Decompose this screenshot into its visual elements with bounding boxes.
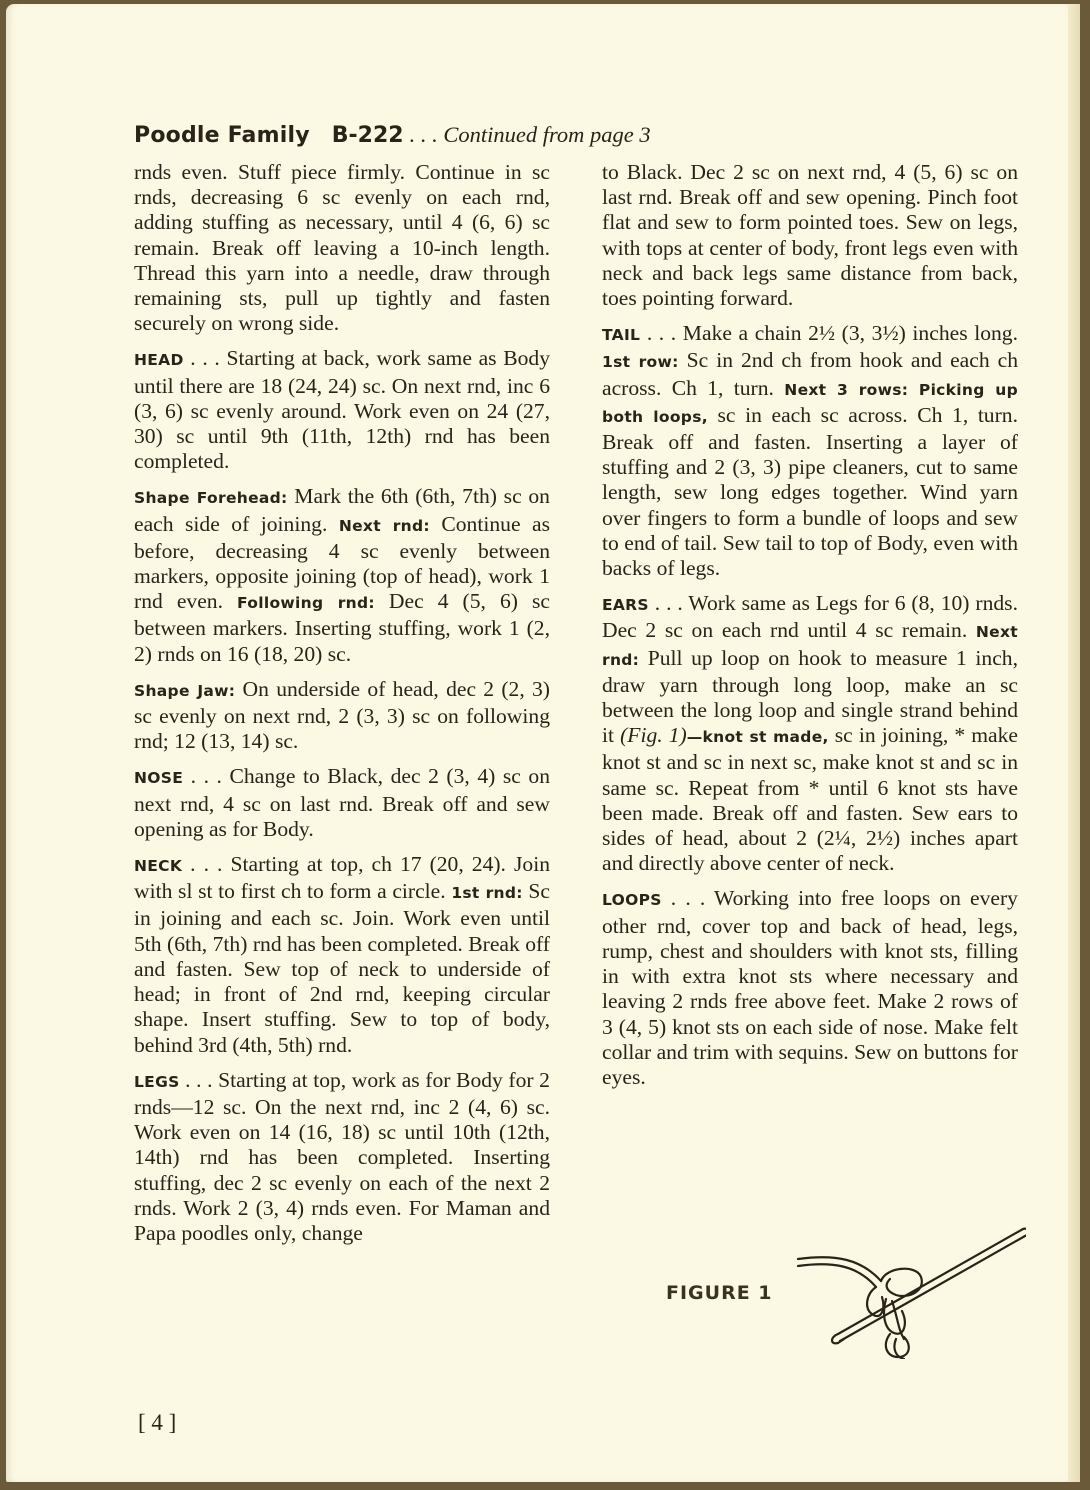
section-label: EARS xyxy=(602,596,649,614)
section-label: NOSE xyxy=(134,769,183,787)
page-edge xyxy=(1068,4,1080,1482)
section-neck: NECK . . . Starting at top, ch 17 (20, 2… xyxy=(134,852,550,1058)
continued-note: . . . Continued from page 3 xyxy=(410,122,651,147)
section-legs: LEGS . . . Starting at top, work as for … xyxy=(134,1068,550,1246)
section-label: NECK xyxy=(134,857,182,875)
section-tail: TAIL . . . Make a chain 2½ (3, 3½) inche… xyxy=(602,321,1018,581)
figure-label: FIGURE 1 xyxy=(666,1282,773,1304)
pattern-page: Poodle FamilyB-222. . . Continued from p… xyxy=(6,4,1080,1482)
section-shape-forehead: Shape Forehead: Mark the 6th (6th, 7th) … xyxy=(134,484,550,666)
left-column: rnds even. Stuff piece firmly. Continue … xyxy=(134,160,550,1256)
section-loops: LOOPS . . . Working into free loops on e… xyxy=(602,886,1018,1090)
pattern-code: B-222 xyxy=(332,123,404,148)
crochet-hook-knot-stitch-icon xyxy=(786,1209,1026,1359)
section-label: TAIL xyxy=(602,326,640,344)
section-head: HEAD . . . Starting at back, work same a… xyxy=(134,346,550,474)
section-label: Shape Forehead: xyxy=(134,489,288,507)
page-header: Poodle FamilyB-222. . . Continued from p… xyxy=(134,122,651,148)
page-number: [ 4 ] xyxy=(138,1410,176,1436)
section-shape-jaw: Shape Jaw: On underside of head, dec 2 (… xyxy=(134,677,550,755)
section-label: LEGS xyxy=(134,1073,180,1091)
right-column: to Black. Dec 2 sc on next rnd, 4 (5, 6)… xyxy=(602,160,1018,1100)
section-ears: EARS . . . Work same as Legs for 6 (8, 1… xyxy=(602,591,1018,876)
section-nose: NOSE . . . Change to Black, dec 2 (3, 4)… xyxy=(134,764,550,842)
section-label: LOOPS xyxy=(602,891,662,909)
section-label: HEAD xyxy=(134,351,184,369)
section-label: Shape Jaw: xyxy=(134,682,235,700)
legs-continuation: to Black. Dec 2 sc on next rnd, 4 (5, 6)… xyxy=(602,160,1018,311)
pattern-series-title: Poodle Family xyxy=(134,123,310,148)
figure-reference: (Fig. 1) xyxy=(620,723,687,747)
body-continuation: rnds even. Stuff piece firmly. Continue … xyxy=(134,160,550,336)
